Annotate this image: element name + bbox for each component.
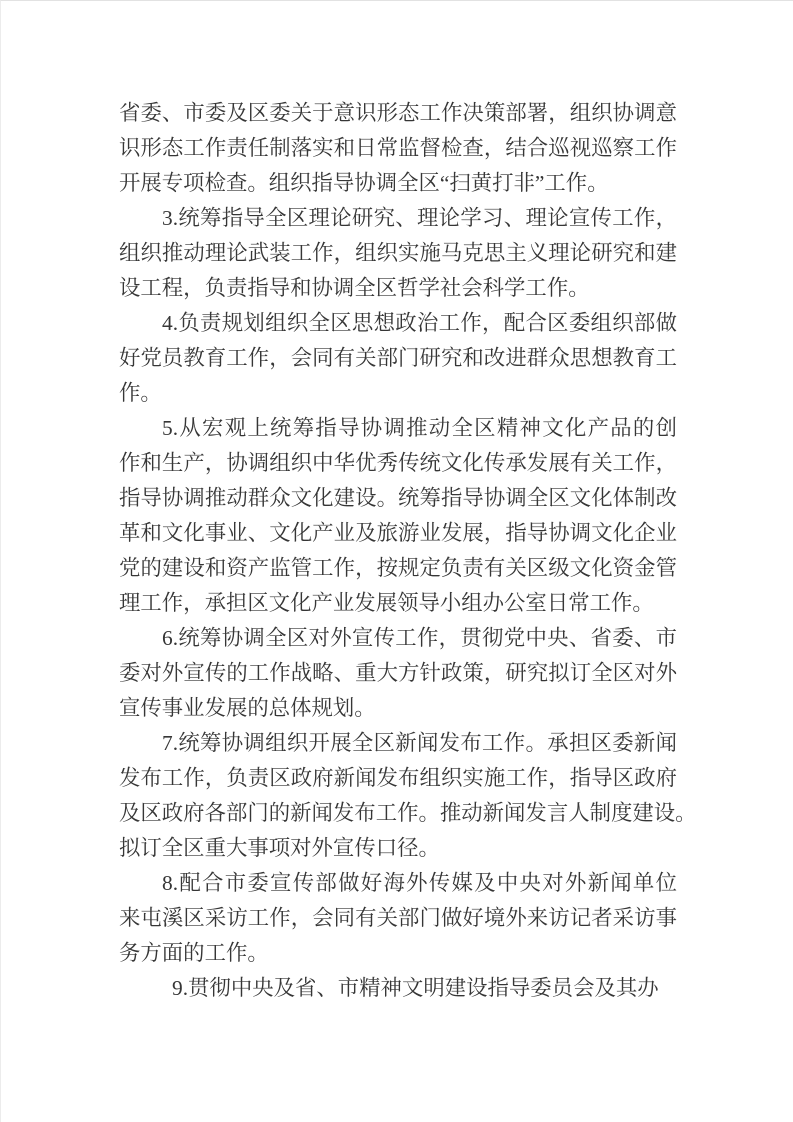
text-line: 来屯溪区采访工作，会同有关部门做好境外来访记者采访事: [119, 901, 677, 936]
text-line: 9.贯彻中央及省、市精神文明建设指导委员会及其办: [119, 971, 677, 1006]
text-line: 革和文化事业、文化产业及旅游业发展，指导协调文化企业: [119, 516, 677, 551]
text-line: 省委、市委及区委关于意识形态工作决策部署，组织协调意: [119, 96, 677, 131]
text-line: 组织推动理论武装工作，组织实施马克思主义理论研究和建: [119, 236, 677, 271]
text-line: 好党员教育工作，会同有关部门研究和改进群众思想教育工: [119, 341, 677, 376]
text-line: 作。: [119, 376, 677, 411]
text-line: 党的建设和资产监管工作，按规定负责有关区级文化资金管: [119, 551, 677, 586]
text-line: 及区政府各部门的新闻发布工作。推动新闻发言人制度建设。: [119, 796, 677, 831]
text-line: 8.配合市委宣传部做好海外传媒及中央对外新闻单位: [119, 866, 677, 901]
document-body: 省委、市委及区委关于意识形态工作决策部署，组织协调意识形态工作责任制落实和日常监…: [119, 96, 677, 1006]
text-line: 指导协调推动群众文化建设。统筹指导协调全区文化体制改: [119, 481, 677, 516]
text-line: 6.统筹协调全区对外宣传工作，贯彻党中央、省委、市: [119, 621, 677, 656]
text-line: 识形态工作责任制落实和日常监督检查，结合巡视巡察工作: [119, 131, 677, 166]
text-line: 5.从宏观上统筹指导协调推动全区精神文化产品的创: [119, 411, 677, 446]
text-line: 3.统筹指导全区理论研究、理论学习、理论宣传工作，: [119, 201, 677, 236]
text-line: 理工作，承担区文化产业发展领导小组办公室日常工作。: [119, 586, 677, 621]
text-line: 发布工作，负责区政府新闻发布组织实施工作，指导区政府: [119, 761, 677, 796]
text-line: 作和生产，协调组织中华优秀传统文化传承发展有关工作，: [119, 446, 677, 481]
text-line: 务方面的工作。: [119, 936, 677, 971]
text-line: 设工程，负责指导和协调全区哲学社会科学工作。: [119, 271, 677, 306]
page: 省委、市委及区委关于意识形态工作决策部署，组织协调意识形态工作责任制落实和日常监…: [0, 0, 793, 1122]
text-line: 拟订全区重大事项对外宣传口径。: [119, 831, 677, 866]
text-line: 委对外宣传的工作战略、重大方针政策，研究拟订全区对外: [119, 656, 677, 691]
text-line: 宣传事业发展的总体规划。: [119, 691, 677, 726]
text-line: 7.统筹协调组织开展全区新闻发布工作。承担区委新闻: [119, 726, 677, 761]
text-line: 开展专项检查。组织指导协调全区“扫黄打非”工作。: [119, 166, 677, 201]
text-line: 4.负责规划组织全区思想政治工作，配合区委组织部做: [119, 306, 677, 341]
